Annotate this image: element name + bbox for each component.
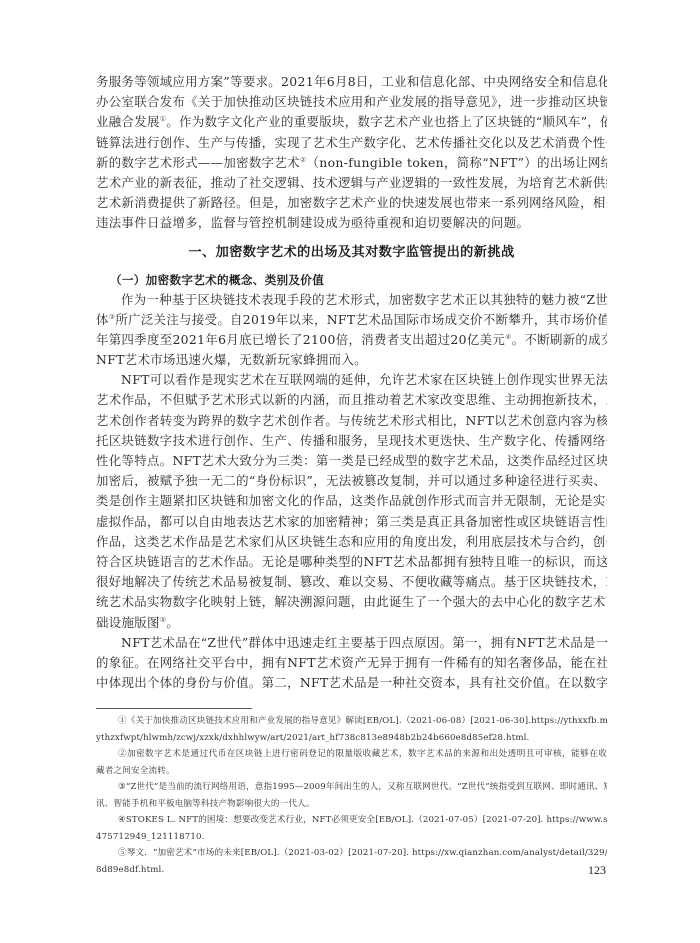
footnote-line: ⑤琴文．“加密艺术”市场的未来[EB/OL].（2021-03-02）[2021… (96, 845, 607, 862)
text-line: 艺术新消费提供了新路径。但是，加密数字艺术产业的快速发展也带来一系列网络风险，相… (96, 193, 607, 213)
text-line: NFT可以看作是现实艺术在互联网端的延伸，允许艺术家在区块链上创作现实世界无法实… (96, 370, 607, 390)
footnote-line: 8d89e8df.html. (96, 862, 607, 879)
footnote-line: ③“Z世代”是当前的流行网络用语，意指1995—2009年间出生的人，又称互联网… (96, 779, 607, 796)
page-number: 123 (588, 863, 606, 878)
text-line: 加密后，被赋予独一无二的“身份标识”，无法被篡改复制，并可以通过多种途径进行买卖… (96, 471, 607, 491)
text-line: 链算法进行创作、生产与传播，实现了艺术生产数字化、艺术传播社交化以及艺术消费个性… (96, 133, 607, 153)
footnote-line: 讯、智能手机和平板电脑等科技产物影响很大的一代人。 (96, 796, 607, 813)
footnote-mark[interactable]: ② (300, 156, 307, 164)
text-line: 违法事件日益增多，监督与管控机制建设成为亟待重视和迫切要解决的问题。 (96, 213, 607, 233)
footnote-divider (96, 708, 252, 709)
paragraph: NFT艺术品在“Z世代”群体中迅速走红主要基于四点原因。第一，拥有NFT艺术品是… (96, 633, 607, 694)
footnote-line: ythzxfwpt/hlwmh/zcwj/xzxk/dxhhlwyw/art/2… (96, 730, 607, 747)
text-line: 年第四季度至2021年6月底已增长了2100倍，消费者支出超过20亿美元④。不断… (96, 330, 607, 350)
footnote-1: ①《关于加快推动区块链技术应用和产业发展的指导意见》解读[EB/OL].（202… (96, 713, 607, 746)
text-line: 虚拟作品，都可以自由地表达艺术家的加密精神；第三类是真正具备加密性或区块链语言性… (96, 512, 607, 532)
footnote-4: ④STOKES L. NFT的困境：想要改变艺术行业，NFT必须更安全[EB/O… (96, 812, 607, 845)
text-line: 新的数字艺术形式——加密数字艺术②（non-fungible token，简称“… (96, 153, 607, 173)
footnote-line: 475712949_121118710. (96, 829, 607, 846)
paragraph: NFT可以看作是现实艺术在互联网端的延伸，允许艺术家在区块链上创作现实世界无法实… (96, 370, 607, 632)
subsection-heading: （一）加密数字艺术的概念、类别及价值 (96, 270, 607, 290)
article-body: 务服务等领域应用方案”等要求。2021年6月8日，工业和信息化部、中央网络安全和… (96, 72, 607, 693)
text-line: 办公室联合发布《关于加快推动区块链技术应用和产业发展的指导意见》，进一步推动区块… (96, 92, 607, 112)
intro-paragraph: 务服务等领域应用方案”等要求。2021年6月8日，工业和信息化部、中央网络安全和… (96, 72, 607, 234)
text-line: 艺术作品，不但赋予艺术形式以新的内涵，而且推动着艺术家改变思维、主动拥抱新技术，… (96, 390, 607, 410)
footnote-3: ③“Z世代”是当前的流行网络用语，意指1995—2009年间出生的人，又称互联网… (96, 779, 607, 812)
text-line: 托区块链数字技术进行创作、生产、传播和服务，呈现技术更迭快、生产数字化、传播网络… (96, 431, 607, 451)
text-line: 的象征。在网络社交平台中，拥有NFT艺术资产无异于拥有一件稀有的知名奢侈品，能在… (96, 653, 607, 673)
footnote-line: ②加密数字艺术是通过代币在区块链上进行密码登记的限量版收藏艺术，数字艺术品的来源… (96, 746, 607, 763)
text-line: 艺术创作者转变为跨界的数字艺术创作者。与传统艺术形式相比，NFT以艺术创意内容为… (96, 411, 607, 431)
text-line: 业融合发展①。作为数字文化产业的重要版块，数字艺术产业也搭上了区块链的“顺风车”… (96, 112, 607, 132)
text-line: 艺术产业的新表征，推动了社交逻辑、技术逻辑与产业逻辑的一致性发展，为培育艺术新供… (96, 173, 607, 193)
footnote-2: ②加密数字艺术是通过代币在区块链上进行密码登记的限量版收藏艺术，数字艺术品的来源… (96, 746, 607, 779)
text-line: 符合区块链语言的艺术作品。无论是哪种类型的NFT艺术品都拥有独特且唯一的标识，而… (96, 552, 607, 572)
text-line: 础设施版图⑤。 (96, 613, 607, 633)
text-line: 很好地解决了传统艺术品易被复制、篡改、难以交易、不便收藏等痛点。基于区块链技术，… (96, 572, 607, 592)
footnotes: ①《关于加快推动区块链技术应用和产业发展的指导意见》解读[EB/OL].（202… (96, 713, 607, 878)
paragraph: 作为一种基于区块链技术表现手段的艺术形式，加密数字艺术正以其独特的魅力被“Z世代… (96, 290, 607, 371)
text-line: 中体现出个体的身份与价值。第二，NFT艺术品是一种社交资本，具有社交价值。在以数… (96, 673, 607, 693)
footnote-line: 藏者之间安全流转。 (96, 763, 607, 780)
text-line: NFT艺术品在“Z世代”群体中迅速走红主要基于四点原因。第一，拥有NFT艺术品是… (96, 633, 607, 653)
text-line: 体③所广泛关注与接受。自2019年以来，NFT艺术品国际市场成交价不断攀升，其市… (96, 310, 607, 330)
text-line: 作品，这类艺术作品是艺术家们从区块链生态和应用的角度出发，利用底层技术与合约，创… (96, 532, 607, 552)
footnote-mark[interactable]: ④ (505, 333, 512, 341)
text-line: 性化等特点。NFT艺术大致分为三类：第一类是已经成型的数字艺术品，这类作品经过区… (96, 451, 607, 471)
footnote-line: ①《关于加快推动区块链技术应用和产业发展的指导意见》解读[EB/OL].（202… (96, 713, 607, 730)
footnote-5: ⑤琴文．“加密艺术”市场的未来[EB/OL].（2021-03-02）[2021… (96, 845, 607, 878)
footnote-line: ④STOKES L. NFT的困境：想要改变艺术行业，NFT必须更安全[EB/O… (96, 812, 607, 829)
section-heading: 一、加密数字艺术的出场及其对数字监管提出的新挑战 (96, 243, 607, 263)
text-line: 类是创作主题紧扣区块链和加密文化的作品，这类作品就创作形式而言并无限制，无论是实… (96, 491, 607, 511)
text-line: NFT艺术市场迅速火爆，无数新玩家蜂拥而入。 (96, 350, 607, 370)
text-line: 统艺术品实物数字化映射上链，解决溯源问题，由此诞生了一个强大的去中心化的数字艺术… (96, 592, 607, 612)
text-line: 作为一种基于区块链技术表现手段的艺术形式，加密数字艺术正以其独特的魅力被“Z世代… (96, 290, 607, 310)
text-line: 务服务等领域应用方案”等要求。2021年6月8日，工业和信息化部、中央网络安全和… (96, 72, 607, 92)
